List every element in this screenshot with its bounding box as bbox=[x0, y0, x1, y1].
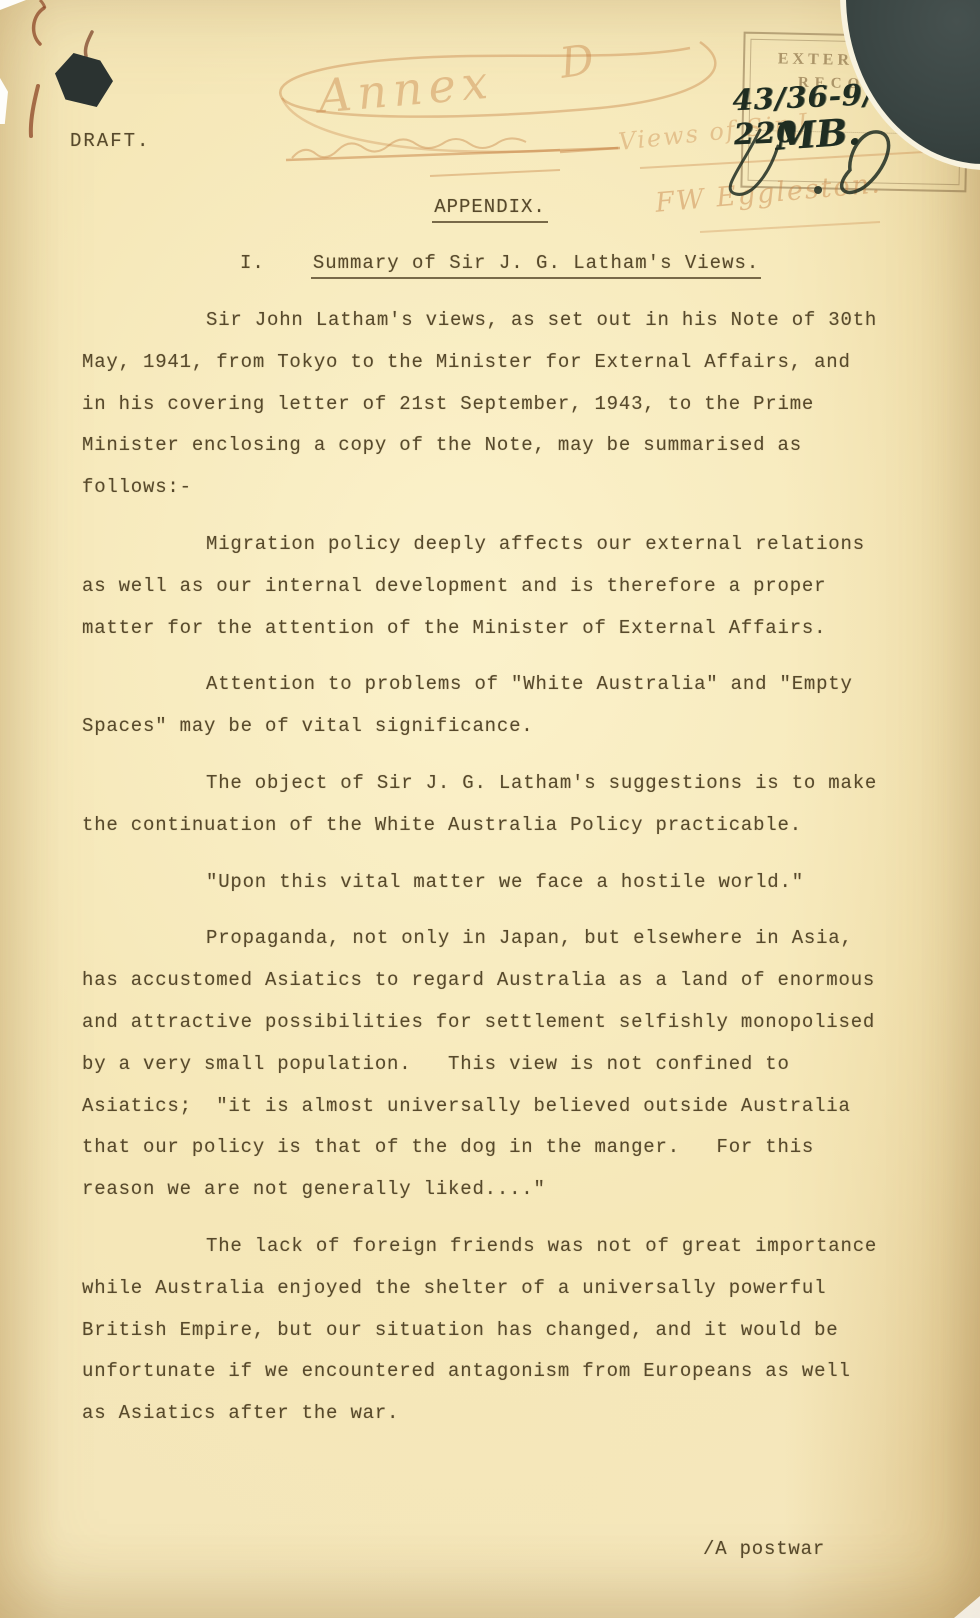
typed-line: British Empire, but our situation has ch… bbox=[82, 1310, 922, 1352]
paragraph: Migration policy deeply affects our exte… bbox=[82, 524, 922, 649]
typed-line: by a very small population. This view is… bbox=[82, 1044, 922, 1086]
typed-line: The lack of foreign friends was not of g… bbox=[82, 1226, 922, 1268]
typed-line: Minister enclosing a copy of the Note, m… bbox=[82, 425, 922, 467]
paragraph: Propaganda, not only in Japan, but elsew… bbox=[82, 918, 922, 1211]
typed-line: in his covering letter of 21st September… bbox=[82, 384, 922, 426]
section-heading: I.Summary of Sir J. G. Latham's Views. bbox=[240, 252, 761, 279]
typed-line: Spaces" may be of vital significance. bbox=[82, 706, 922, 748]
typed-line: follows:- bbox=[82, 467, 922, 509]
paragraph: The lack of foreign friends was not of g… bbox=[82, 1226, 922, 1435]
section-title: Summary of Sir J. G. Latham's Views. bbox=[311, 252, 761, 279]
footer-catchword: /A postwar bbox=[703, 1538, 825, 1560]
typed-line: Asiatics; "it is almost universally beli… bbox=[82, 1086, 922, 1128]
paragraph: "Upon this vital matter we face a hostil… bbox=[82, 862, 922, 904]
paragraphs: Sir John Latham's views, as set out in h… bbox=[82, 300, 922, 1450]
pencil-annotation-annex-letter: D bbox=[557, 33, 607, 88]
typed-line: the continuation of the White Australia … bbox=[82, 805, 922, 847]
scan-corner-artifact bbox=[954, 1596, 980, 1618]
typed-line: as Asiatics after the war. bbox=[82, 1393, 922, 1435]
paragraph: Attention to problems of "White Australi… bbox=[82, 664, 922, 748]
typed-line: unfortunate if we encountered antagonism… bbox=[82, 1351, 922, 1393]
typed-line: while Australia enjoyed the shelter of a… bbox=[82, 1268, 922, 1310]
draft-label: DRAFT. bbox=[70, 130, 150, 152]
typed-line: as well as our internal development and … bbox=[82, 566, 922, 608]
scan-edge-artifact bbox=[0, 0, 26, 10]
typed-line: May, 1941, from Tokyo to the Minister fo… bbox=[82, 342, 922, 384]
ink-initials: MB. bbox=[774, 109, 862, 159]
typed-line: Migration policy deeply affects our exte… bbox=[82, 524, 922, 566]
typed-line: and attractive possibilities for settlem… bbox=[82, 1002, 922, 1044]
paragraph: Sir John Latham's views, as set out in h… bbox=[82, 300, 922, 509]
scanned-document-page: EXTERNAL AF RECORDS Annex D Views of Sir… bbox=[0, 0, 980, 1618]
typed-line: Sir John Latham's views, as set out in h… bbox=[82, 300, 922, 342]
typed-line: "Upon this vital matter we face a hostil… bbox=[82, 862, 922, 904]
title-block: APPENDIX. bbox=[0, 196, 980, 223]
pencil-annotation-annex: Annex bbox=[316, 54, 496, 123]
paragraph: The object of Sir J. G. Latham's suggest… bbox=[82, 763, 922, 847]
typed-line: reason we are not generally liked...." bbox=[82, 1169, 922, 1211]
typed-line: Propaganda, not only in Japan, but elsew… bbox=[82, 918, 922, 960]
section-number: I. bbox=[240, 252, 265, 274]
typed-line: The object of Sir J. G. Latham's suggest… bbox=[82, 763, 922, 805]
typed-line: that our policy is that of the dog in th… bbox=[82, 1127, 922, 1169]
typed-line: matter for the attention of the Minister… bbox=[82, 608, 922, 650]
page-title: APPENDIX. bbox=[432, 196, 548, 223]
scan-edge-artifact bbox=[0, 78, 8, 124]
punch-hole bbox=[55, 53, 113, 107]
typed-line: Attention to problems of "White Australi… bbox=[82, 664, 922, 706]
typed-line: has accustomed Asiatics to regard Austra… bbox=[82, 960, 922, 1002]
